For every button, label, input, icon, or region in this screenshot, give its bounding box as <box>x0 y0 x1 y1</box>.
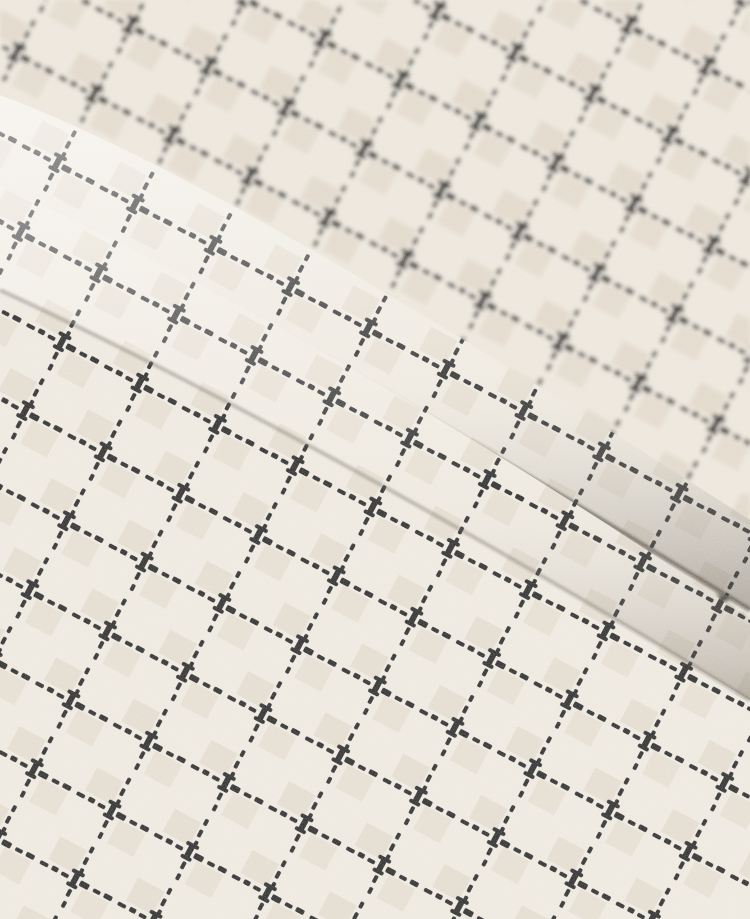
fuzz-overlay <box>0 0 750 919</box>
fabric-texture <box>0 0 750 919</box>
tweed-fabric-photo <box>0 0 750 919</box>
